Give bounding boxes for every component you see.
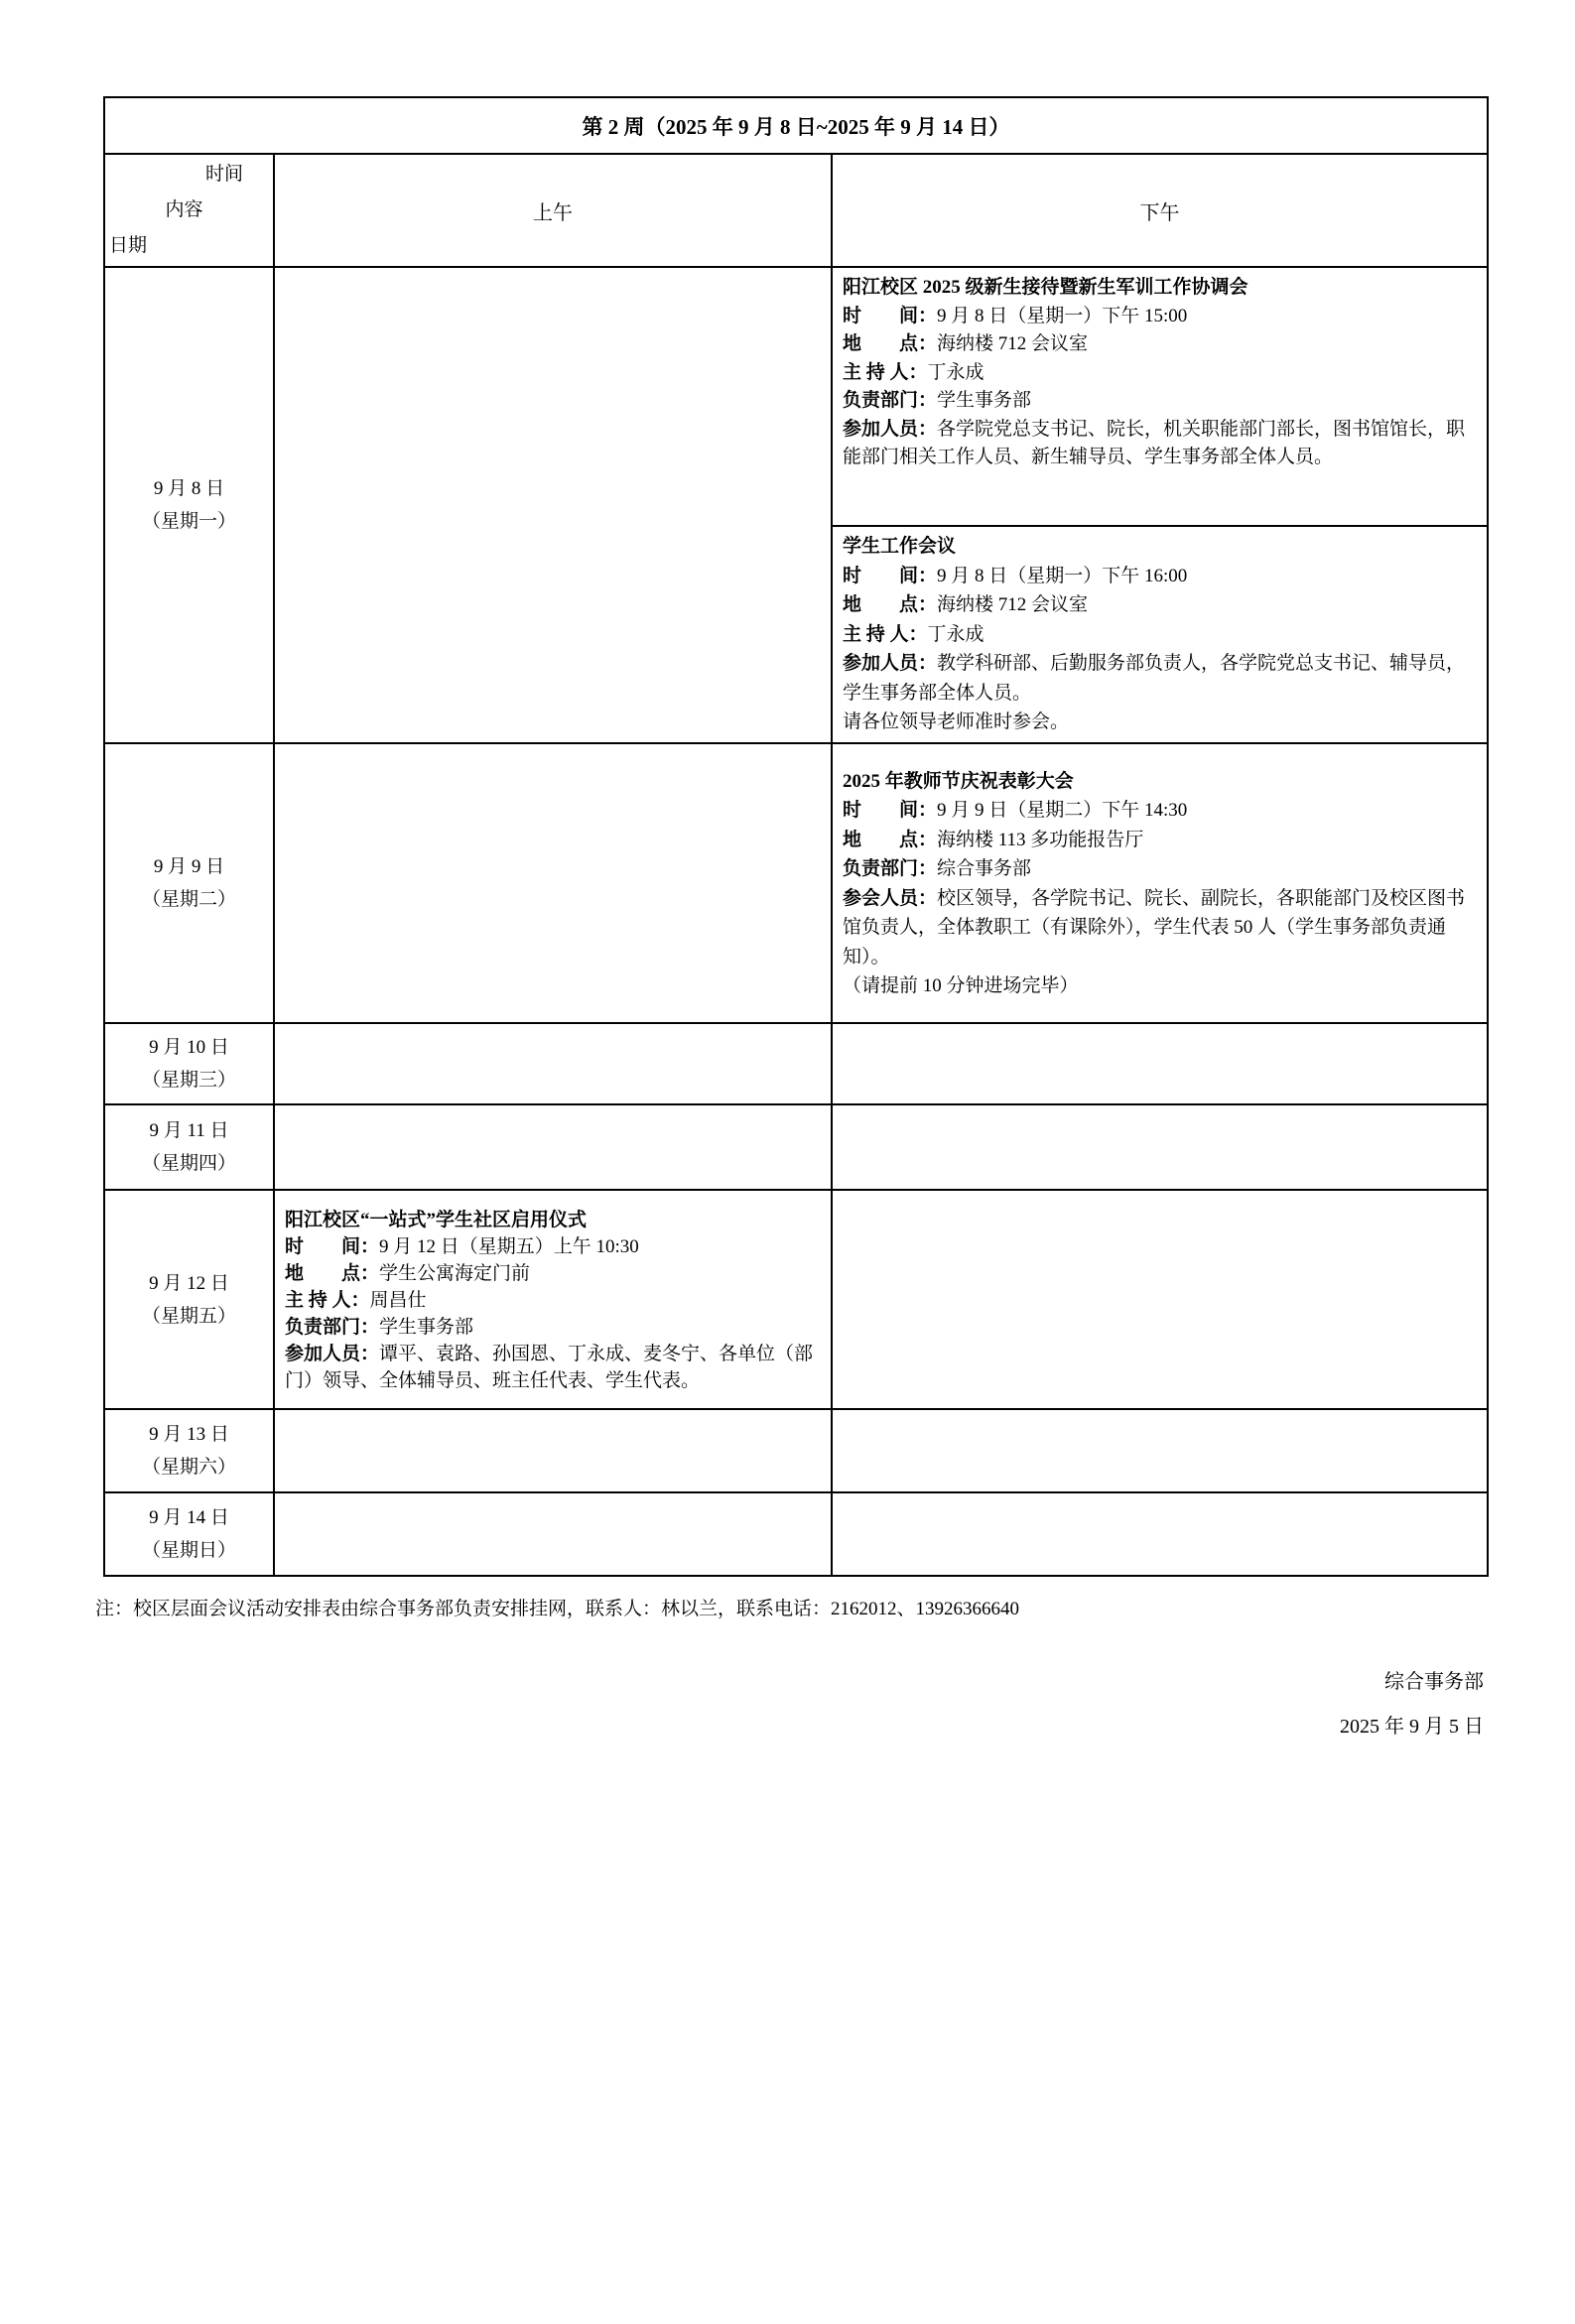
morning-cell (274, 1023, 832, 1104)
event-field: 参加人员：教学科研部、后勤服务部负责人，各学院党总支书记、辅导员，学生事务部全体… (843, 649, 1479, 708)
event-field-label: 地 点： (843, 333, 937, 354)
event-field-label: 参加人员： (843, 419, 937, 440)
event-title: 2025 年教师节庆祝表彰大会 (843, 767, 1479, 797)
morning-cell (274, 743, 832, 1023)
event-field: 主 持 人：丁永成 (843, 620, 1479, 650)
date-line: 9 月 14 日 (106, 1501, 272, 1534)
date-line: （星期日） (106, 1534, 272, 1567)
event-field-label: 主 持 人： (285, 1290, 370, 1311)
date-cell: 9 月 14 日（星期日） (104, 1492, 274, 1576)
morning-cell (274, 267, 832, 743)
event-block: 2025 年教师节庆祝表彰大会时 间：9 月 9 日（星期二）下午 14:30地… (833, 762, 1487, 1005)
afternoon-cell: 阳江校区 2025 级新生接待暨新生军训工作协调会时 间：9 月 8 日（星期一… (832, 267, 1488, 743)
corner-label-content: 内容 (105, 193, 273, 228)
date-line: （星期三） (106, 1064, 272, 1097)
event-field-label: 负责部门： (285, 1317, 379, 1338)
table-row: 9 月 13 日（星期六） (104, 1409, 1488, 1492)
date-line: 9 月 11 日 (106, 1114, 272, 1147)
event-title: 阳江校区 2025 级新生接待暨新生军训工作协调会 (843, 274, 1479, 303)
event-field: 负责部门：学生事务部 (843, 387, 1479, 416)
date-line: （星期五） (106, 1300, 272, 1333)
morning-cell (274, 1492, 832, 1576)
corner-header-cell: 时间 内容 日期 (104, 154, 274, 267)
event-field: 参加人员：各学院党总支书记、院长，机关职能部门部长，图书馆馆长，职能部门相关工作… (843, 416, 1479, 472)
event-field-label: 时 间： (843, 566, 937, 586)
afternoon-cell: 2025 年教师节庆祝表彰大会时 间：9 月 9 日（星期二）下午 14:30地… (832, 743, 1488, 1023)
afternoon-cell (832, 1104, 1488, 1190)
title-row: 第 2 周（2025 年 9 月 8 日~2025 年 9 月 14 日） (104, 97, 1488, 154)
date-line: 9 月 10 日 (106, 1031, 272, 1064)
date-cell: 9 月 12 日（星期五） (104, 1190, 274, 1409)
event-field-label: 地 点： (843, 830, 937, 850)
event-title: 学生工作会议 (843, 532, 1479, 562)
date-cell: 9 月 8 日（星期一） (104, 267, 274, 743)
corner-label-time: 时间 (105, 157, 273, 193)
date-line: 9 月 13 日 (106, 1418, 272, 1451)
event-field-label: 地 点： (843, 594, 937, 615)
morning-cell (274, 1104, 832, 1190)
date-cell: 9 月 9 日（星期二） (104, 743, 274, 1023)
table-row: 9 月 9 日（星期二）2025 年教师节庆祝表彰大会时 间：9 月 9 日（星… (104, 743, 1488, 1023)
date-cell: 9 月 10 日（星期三） (104, 1023, 274, 1104)
afternoon-cell (832, 1492, 1488, 1576)
date-line: 9 月 12 日 (106, 1267, 272, 1300)
date-line: 9 月 9 日 (106, 850, 272, 883)
column-header-row: 时间 内容 日期 上午 下午 (104, 154, 1488, 267)
weekly-schedule-table: 第 2 周（2025 年 9 月 8 日~2025 年 9 月 14 日） 时间… (103, 96, 1489, 1577)
signature-department: 综合事务部 (0, 1660, 1484, 1705)
event-field-label: 主 持 人： (843, 624, 928, 645)
event-field-label: 时 间： (843, 306, 937, 326)
event-field: 负责部门：学生事务部 (285, 1314, 823, 1341)
event-field-label: 负责部门： (843, 858, 937, 879)
morning-column-header: 上午 (274, 154, 832, 267)
event-field: 负责部门：综合事务部 (843, 854, 1479, 884)
event-field-label: 参加人员： (843, 653, 937, 674)
afternoon-cell (832, 1190, 1488, 1409)
event-field: 时 间：9 月 8 日（星期一）下午 15:00 (843, 303, 1479, 331)
event-field: （请提前 10 分钟进场完毕） (843, 971, 1479, 1001)
schedule-rows: 9 月 8 日（星期一）阳江校区 2025 级新生接待暨新生军训工作协调会时 间… (104, 267, 1488, 1576)
event-field-label: 主 持 人： (843, 362, 928, 383)
event-field-label: 时 间： (285, 1236, 379, 1257)
table-row: 9 月 11 日（星期四） (104, 1104, 1488, 1190)
event-block: 阳江校区 2025 级新生接待暨新生军训工作协调会时 间：9 月 8 日（星期一… (833, 269, 1487, 527)
date-line: （星期六） (106, 1451, 272, 1484)
table-row: 9 月 12 日（星期五）阳江校区“一站式”学生社区启用仪式时 间：9 月 12… (104, 1190, 1488, 1409)
event-title: 阳江校区“一站式”学生社区启用仪式 (285, 1207, 823, 1233)
event-field-label: 负责部门： (843, 390, 937, 411)
event-field-label: 参加人员： (285, 1344, 379, 1364)
corner-label-date: 日期 (105, 228, 273, 264)
date-line: （星期四） (106, 1147, 272, 1180)
morning-cell: 阳江校区“一站式”学生社区启用仪式时 间：9 月 12 日（星期五）上午 10:… (274, 1190, 832, 1409)
date-line: （星期一） (106, 505, 272, 538)
afternoon-cell (832, 1023, 1488, 1104)
signature-block: 综合事务部 2025 年 9 月 5 日 (0, 1660, 1575, 1749)
event-field: 时 间：9 月 8 日（星期一）下午 16:00 (843, 562, 1479, 591)
event-block: 学生工作会议时 间：9 月 8 日（星期一）下午 16:00地 点：海纳楼 71… (833, 527, 1487, 741)
event-field-label: 参会人员： (843, 888, 937, 909)
morning-cell (274, 1409, 832, 1492)
document-page: 第 2 周（2025 年 9 月 8 日~2025 年 9 月 14 日） 时间… (0, 96, 1575, 2324)
footer-note: 注：校区层面会议活动安排表由综合事务部负责安排挂网，联系人：林以兰，联系电话：2… (95, 1594, 1575, 1620)
event-field: 主 持 人：丁永成 (843, 359, 1479, 388)
date-line: 9 月 8 日 (106, 472, 272, 505)
event-field: 地 点：海纳楼 712 会议室 (843, 590, 1479, 620)
event-field: 地 点：海纳楼 712 会议室 (843, 330, 1479, 359)
event-field-label: 地 点： (285, 1263, 379, 1284)
date-cell: 9 月 13 日（星期六） (104, 1409, 274, 1492)
event-field: 参会人员：校区领导，各学院书记、院长、副院长，各职能部门及校区图书馆负责人，全体… (843, 884, 1479, 972)
afternoon-column-header: 下午 (832, 154, 1488, 267)
table-title: 第 2 周（2025 年 9 月 8 日~2025 年 9 月 14 日） (104, 97, 1488, 154)
event-field: 地 点：学生公寓海定门前 (285, 1260, 823, 1287)
table-row: 9 月 8 日（星期一）阳江校区 2025 级新生接待暨新生军训工作协调会时 间… (104, 267, 1488, 743)
event-field: 主 持 人：周昌仕 (285, 1287, 823, 1314)
table-row: 9 月 10 日（星期三） (104, 1023, 1488, 1104)
event-field: 请各位领导老师准时参会。 (843, 708, 1479, 737)
event-field: 时 间：9 月 9 日（星期二）下午 14:30 (843, 796, 1479, 826)
signature-date: 2025 年 9 月 5 日 (0, 1705, 1484, 1749)
date-cell: 9 月 11 日（星期四） (104, 1104, 274, 1190)
afternoon-cell (832, 1409, 1488, 1492)
event-block: 阳江校区“一站式”学生社区启用仪式时 间：9 月 12 日（星期五）上午 10:… (275, 1202, 831, 1398)
date-line: （星期二） (106, 883, 272, 916)
table-row: 9 月 14 日（星期日） (104, 1492, 1488, 1576)
event-field: 地 点：海纳楼 113 多功能报告厅 (843, 826, 1479, 855)
event-field: 时 间：9 月 12 日（星期五）上午 10:30 (285, 1233, 823, 1260)
event-field-label: 时 间： (843, 800, 937, 821)
event-field: 参加人员：谭平、袁路、孙国恩、丁永成、麦冬宁、各单位（部门）领导、全体辅导员、班… (285, 1341, 823, 1394)
